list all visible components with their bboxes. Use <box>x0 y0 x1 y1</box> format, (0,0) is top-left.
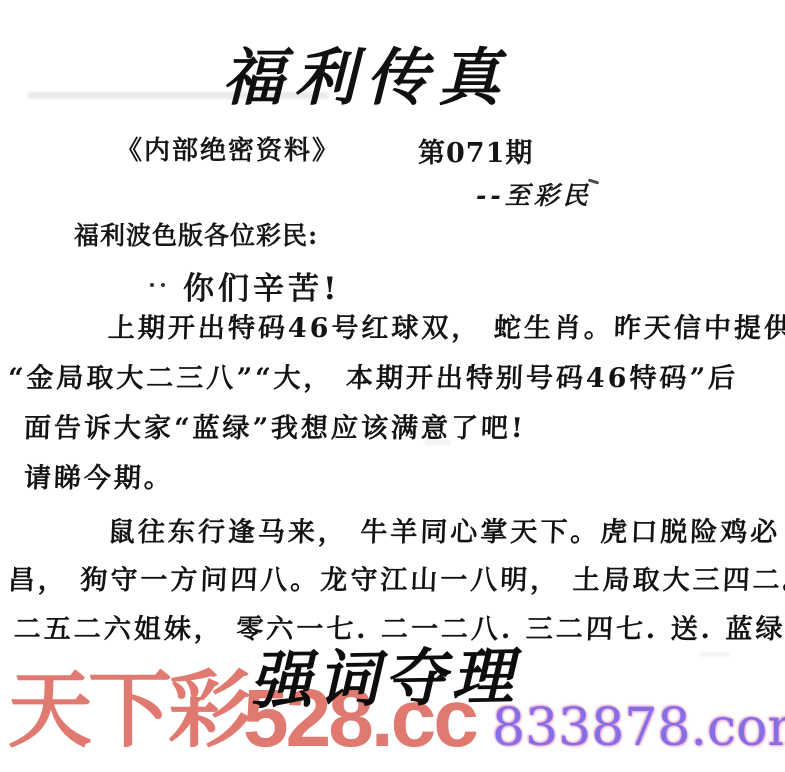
salutation-line: 福利波色版各位彩民: <box>74 216 318 252</box>
letter-line-4: 请睇今期。 <box>23 456 174 495</box>
issue-number: 第071期 <box>418 131 533 170</box>
source-label: 《内部绝密资料》 <box>116 130 340 167</box>
watermark-833878com: 833878.com <box>492 702 785 754</box>
page-title: 福利传真 <box>222 28 510 117</box>
scan-artifact <box>700 652 730 657</box>
letter-line-6: 昌， 狗守一方问四八。龙守江山一八明， 土局取大三四二。 <box>7 558 785 597</box>
watermark-tianxiacai: 天下彩 <box>8 668 248 752</box>
letter-line-5: 鼠往东行逢马来， 牛羊同心掌天下。虎口脱险鸡必 <box>107 510 781 549</box>
letter-line-3: 面告诉大家“蓝绿”我想应该满意了吧! <box>23 406 526 445</box>
letter-line-7: 二五二六姐妹， 零六一七. 二一二八. 三二四七. 送. 蓝绿 <box>13 607 785 646</box>
letter-line-2: “金局取大二三八”“大， 本期开出特别号码46特码”后 <box>7 356 738 395</box>
addressee-line: --至彩民 <box>476 176 592 212</box>
calligraphy-phrase: 强词夺理 <box>249 646 518 713</box>
fax-sheet-page: 福利传真 《内部绝密资料》 第071期 --至彩民 福利波色版各位彩民: 你们辛… <box>0 0 785 772</box>
greeting-line: 你们辛苦! <box>183 263 341 308</box>
letter-line-1: 上期开出特码46号红球双， 蛇生肖。昨天信中提供 <box>107 306 785 345</box>
ink-speck-dots <box>150 272 172 291</box>
